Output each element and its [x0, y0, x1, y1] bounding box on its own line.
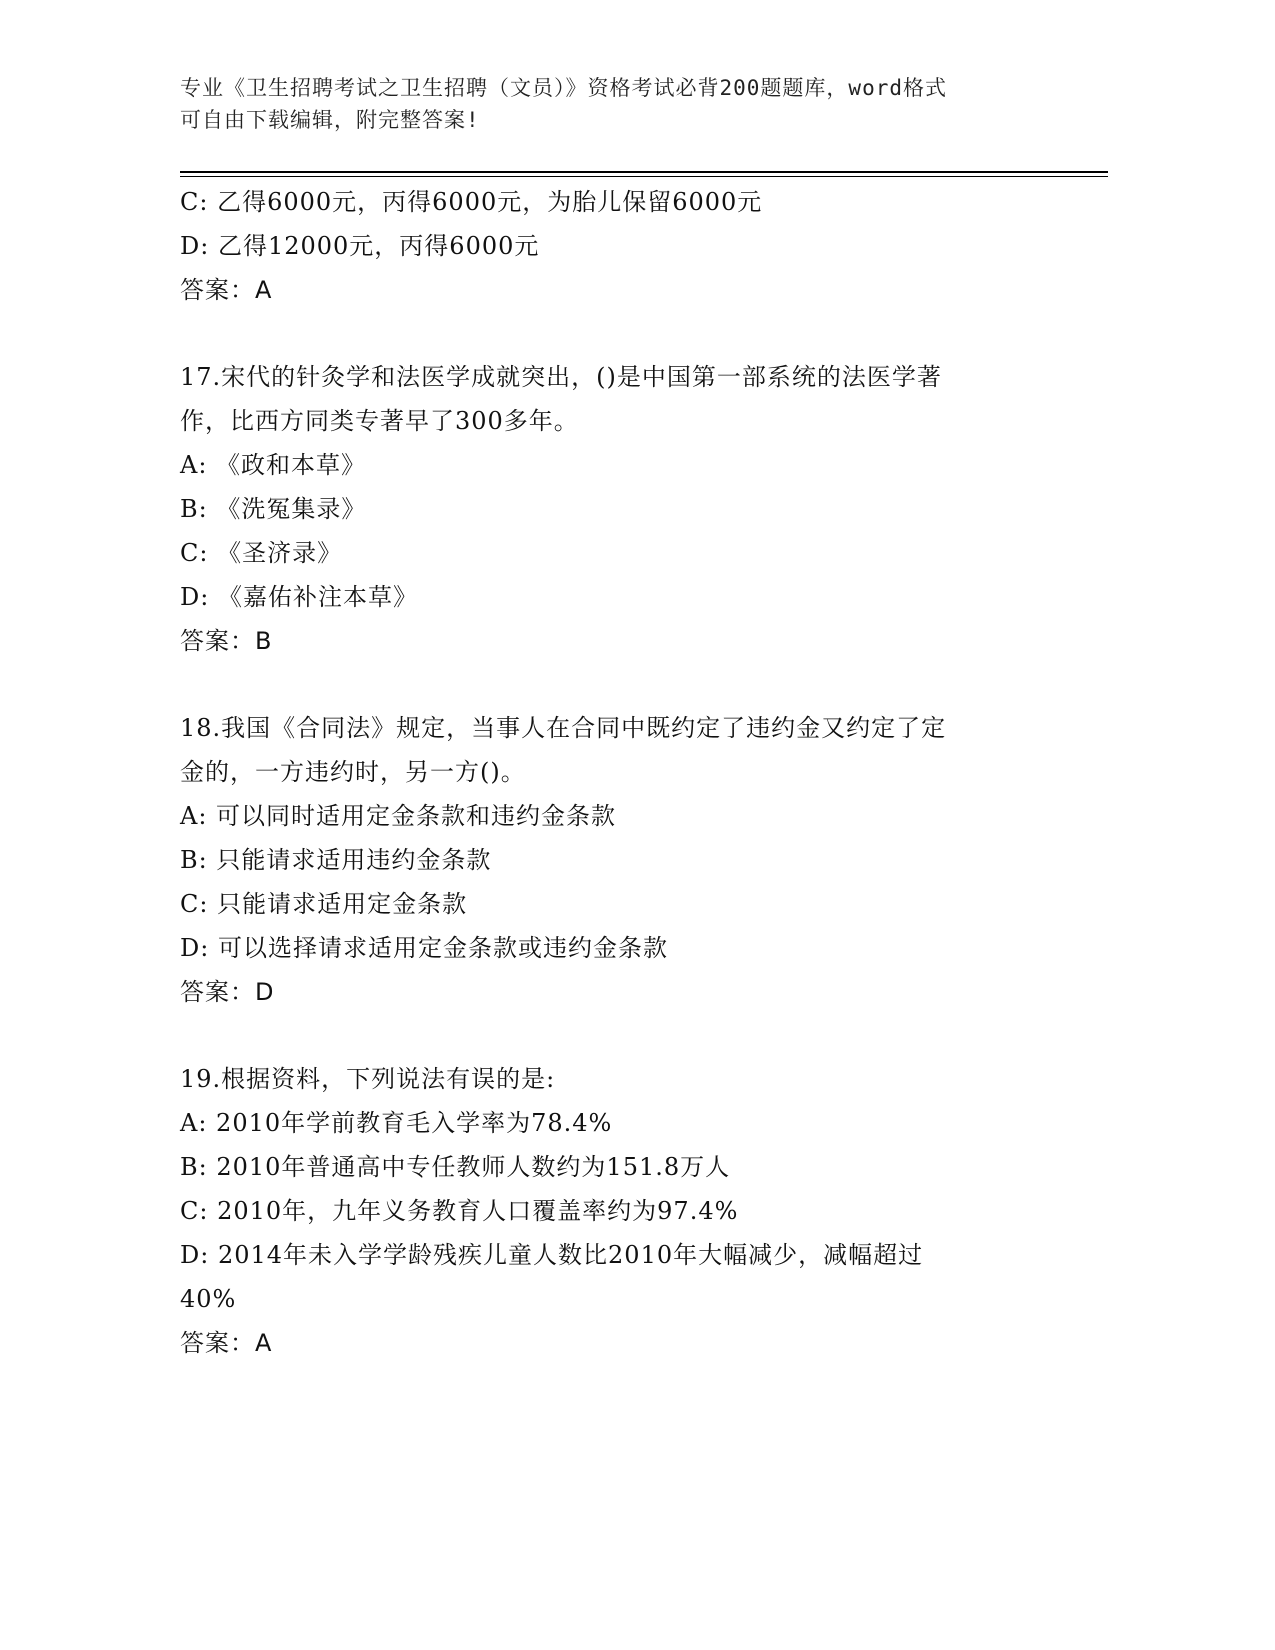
question-18: 18.我国《合同法》规定，当事人在合同中既约定了违约金又约定了定 金的，一方违约…: [180, 706, 1060, 1014]
answer-line: 答案：D: [180, 970, 1060, 1014]
option-d-wrap: 40%: [180, 1277, 1060, 1321]
question-list: C: 乙得6000元，丙得6000元，为胎儿保留6000元 D: 乙得12000…: [180, 180, 1060, 1365]
question-stem: 18.我国《合同法》规定，当事人在合同中既约定了违约金又约定了定: [180, 706, 1060, 750]
header-line-2: 可自由下载编辑，附完整答案!: [180, 104, 1060, 136]
option-a: A: 2010年学前教育毛入学率为78.4%: [180, 1101, 1060, 1145]
question-stem: 作，比西方同类专著早了300多年。: [180, 399, 1060, 443]
question-19: 19.根据资料，下列说法有误的是: A: 2010年学前教育毛入学率为78.4%…: [180, 1057, 1060, 1365]
spacer: [180, 1014, 1060, 1057]
answer-line: 答案：A: [180, 1321, 1060, 1365]
header-line-1: 专业《卫生招聘考试之卫生招聘（文员）》资格考试必背200题题库，word格式: [180, 72, 1060, 104]
option-c: C: 只能请求适用定金条款: [180, 882, 1060, 926]
option-d: D: 乙得12000元，丙得6000元: [180, 224, 1060, 268]
option-b: B: 2010年普通高中专任教师人数约为151.8万人: [180, 1145, 1060, 1189]
question-stem: 17.宋代的针灸学和法医学成就突出，()是中国第一部系统的法医学著: [180, 355, 1060, 399]
option-d: D: 2014年未入学学龄残疾儿童人数比2010年大幅减少，减幅超过: [180, 1233, 1060, 1277]
answer-line: 答案：B: [180, 619, 1060, 663]
option-a: A: 《政和本草》: [180, 443, 1060, 487]
option-d: D: 可以选择请求适用定金条款或违约金条款: [180, 926, 1060, 970]
answer-line: 答案：A: [180, 268, 1060, 312]
header-rule-thick: [180, 171, 1108, 173]
question-16-continued: C: 乙得6000元，丙得6000元，为胎儿保留6000元 D: 乙得12000…: [180, 180, 1060, 312]
option-b: B: 《洗冤集录》: [180, 487, 1060, 531]
question-stem: 19.根据资料，下列说法有误的是:: [180, 1057, 1060, 1101]
option-c: C: 《圣济录》: [180, 531, 1060, 575]
document-header: 专业《卫生招聘考试之卫生招聘（文员）》资格考试必背200题题库，word格式 可…: [180, 72, 1060, 136]
header-rule-thin: [180, 176, 1108, 177]
option-c: C: 2010年，九年义务教育人口覆盖率约为97.4%: [180, 1189, 1060, 1233]
spacer: [180, 312, 1060, 355]
option-c: C: 乙得6000元，丙得6000元，为胎儿保留6000元: [180, 180, 1060, 224]
spacer: [180, 663, 1060, 706]
question-17: 17.宋代的针灸学和法医学成就突出，()是中国第一部系统的法医学著 作，比西方同…: [180, 355, 1060, 663]
option-d: D: 《嘉佑补注本草》: [180, 575, 1060, 619]
option-a: A: 可以同时适用定金条款和违约金条款: [180, 794, 1060, 838]
option-b: B: 只能请求适用违约金条款: [180, 838, 1060, 882]
question-stem: 金的，一方违约时，另一方()。: [180, 750, 1060, 794]
